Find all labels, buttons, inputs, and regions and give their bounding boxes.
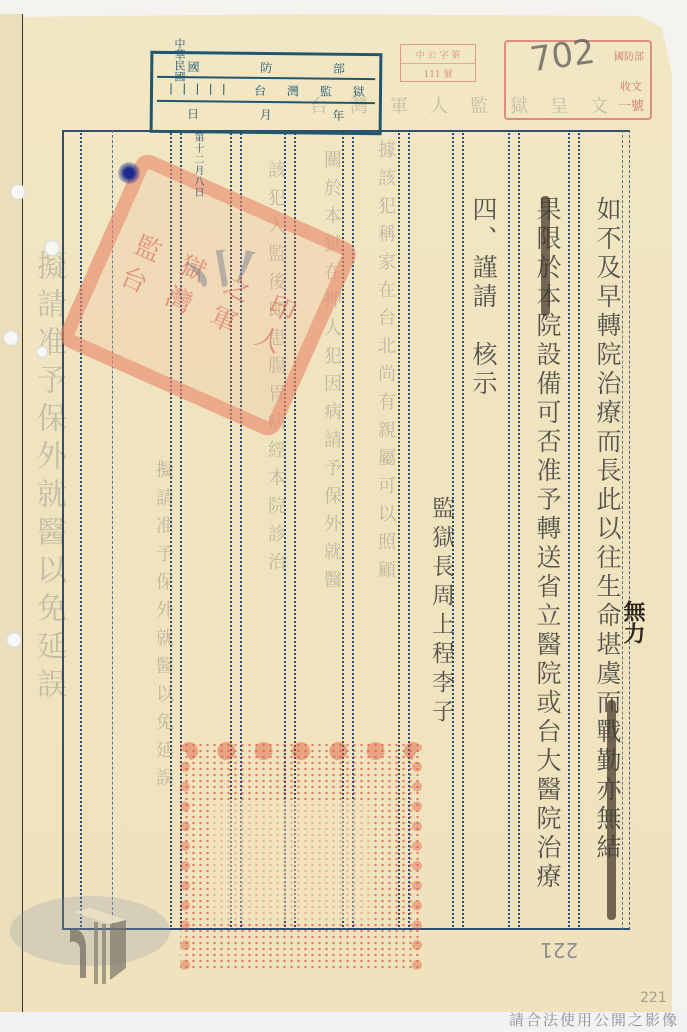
punch-hole [44, 240, 60, 256]
stamp-char: 日 [187, 105, 199, 122]
stamp-char: 月 [260, 105, 272, 122]
receipt-stamp-row2: ᛁᛁᛁᛁᛁ 台 灣 監 獄 [157, 78, 375, 104]
stamp-char: 防 [260, 58, 272, 75]
usage-notice: 請合法使用公開之影像 [509, 1009, 679, 1030]
stamp-char: 年 [332, 106, 344, 123]
stamp-char: 國 [188, 58, 200, 75]
receipt-stamp: 國 防 部 ᛁᛁᛁᛁᛁ 台 灣 監 獄 日 月 年 [150, 51, 383, 135]
rule-line [80, 130, 82, 930]
rule-line [622, 130, 623, 930]
rule-line [568, 130, 570, 930]
punch-hole [3, 330, 19, 346]
receipt-stamp-row3: 日 月 年 [157, 102, 375, 126]
bleedthrough-column: 關於本獄在押人犯因病請予保外就醫 [318, 150, 344, 598]
rule-line [518, 130, 520, 930]
punch-hole [36, 346, 48, 358]
stamp-char: 灣 [287, 82, 299, 99]
corner-page-number: 221 [640, 990, 667, 1006]
stamp-char: 監 [320, 82, 332, 99]
margin-annotation: 無力 [618, 600, 649, 644]
receipt-stamp-row1: 國 防 部 [157, 56, 375, 80]
stamp-char: 部 [333, 59, 345, 76]
bleedthrough-column: 據該犯稱家在台北尚有親屬可以照顧 [372, 140, 398, 588]
red-document-number-stamp: 中 公 字 第 111 號 [400, 44, 476, 82]
bleedthrough-column: 擬請准予保外就醫以免延誤 [150, 460, 176, 796]
stamp-row: 中 公 字 第 [401, 45, 475, 64]
receipt-date-column: 第十二月八日 [190, 132, 205, 198]
stamp-char: 台 [254, 81, 266, 98]
ink-blot [118, 162, 140, 184]
rule-line [508, 130, 510, 930]
archive-book-icon [70, 908, 126, 988]
stamp-tick-marks: ᛁᛁᛁᛁᛁ [167, 82, 233, 97]
stamp-value: 收文 [620, 78, 642, 94]
stamp-row: 111 號 [401, 64, 475, 82]
stamp-char: 獄 [353, 82, 365, 99]
dotted-red-seal [180, 742, 422, 970]
page-number: 221 [540, 938, 578, 962]
stamp-label: 國防部 [614, 48, 644, 63]
rule-line [462, 130, 464, 930]
strikethrough-mark [607, 700, 616, 920]
signature-column: 監獄長周上程李子 [428, 496, 454, 728]
rule-line [62, 130, 64, 930]
stamp-number: 一號 [618, 95, 644, 114]
punch-hole [6, 632, 22, 648]
handwriting-column-3: 四、謹請 核示 [470, 196, 496, 399]
punch-hole [10, 184, 26, 200]
rule-line [578, 130, 580, 930]
underlying-page-edge [0, 14, 23, 1020]
strikethrough-mark [541, 196, 550, 316]
